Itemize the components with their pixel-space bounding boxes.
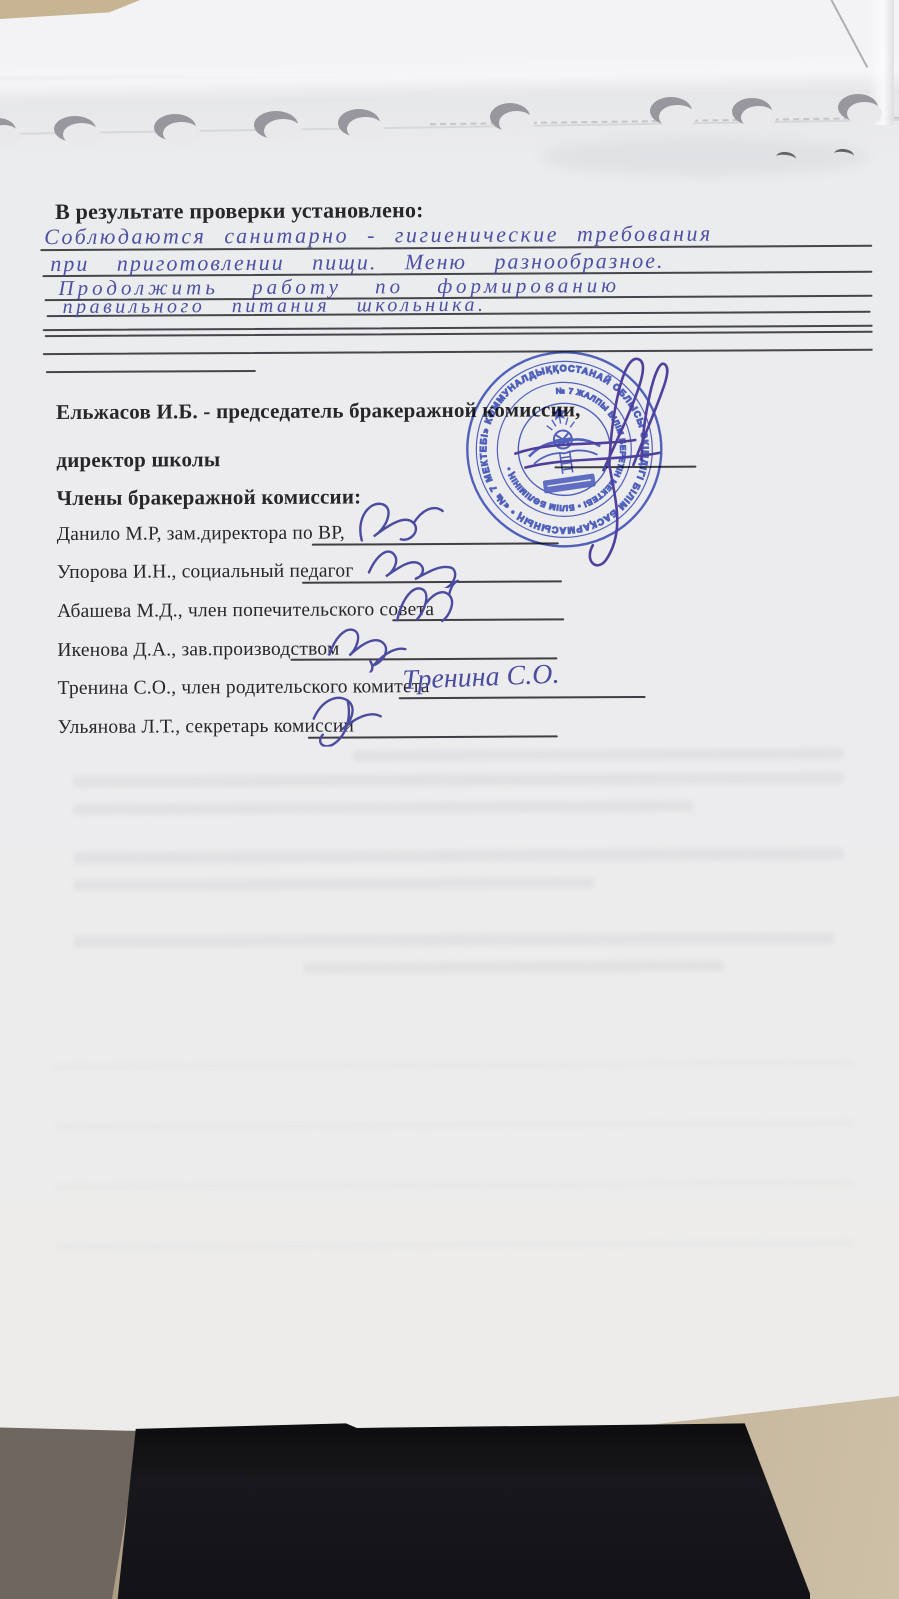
handwriting-line-1: Соблюдаются санитарно - гигиенические тр… (44, 221, 713, 250)
ghost-text (73, 848, 843, 864)
ruled-line (43, 349, 873, 355)
handwriting-line-4: правильного питания школьника. (63, 294, 487, 319)
director-signature (483, 345, 704, 581)
member-signature-trenina: Тренина С.О. (402, 659, 560, 697)
member-signature (303, 688, 418, 747)
ghost-text (73, 772, 843, 788)
ghost-text (74, 932, 834, 948)
chairman-role-line: директор школы (56, 447, 220, 473)
ghost-text (353, 748, 843, 762)
document-content: В результате проверки установлено: Соблю… (0, 0, 899, 1450)
ghost-table-line (55, 1181, 855, 1189)
ghost-text (73, 801, 693, 815)
dark-chair (85, 1418, 810, 1599)
member-row: Упорова И.Н., социальный педагог (57, 560, 354, 584)
member-row: Данило М.Р, зам.директора по ВР, (57, 523, 345, 547)
ghost-text (74, 877, 594, 891)
ruled-line-short (46, 370, 256, 373)
ghost-text (304, 961, 724, 974)
signature-line (399, 696, 646, 699)
members-heading: Члены бракеражной комиссии: (56, 484, 361, 511)
ruled-line (43, 325, 873, 331)
ruled-line (45, 331, 873, 337)
ghost-table-line (55, 1241, 855, 1249)
page-title: В результате проверки установлено: (55, 197, 424, 225)
ghost-table-line (55, 1061, 855, 1069)
photo-of-document: В результате проверки установлено: Соблю… (0, 0, 899, 1599)
ghost-table-line (55, 1121, 855, 1129)
